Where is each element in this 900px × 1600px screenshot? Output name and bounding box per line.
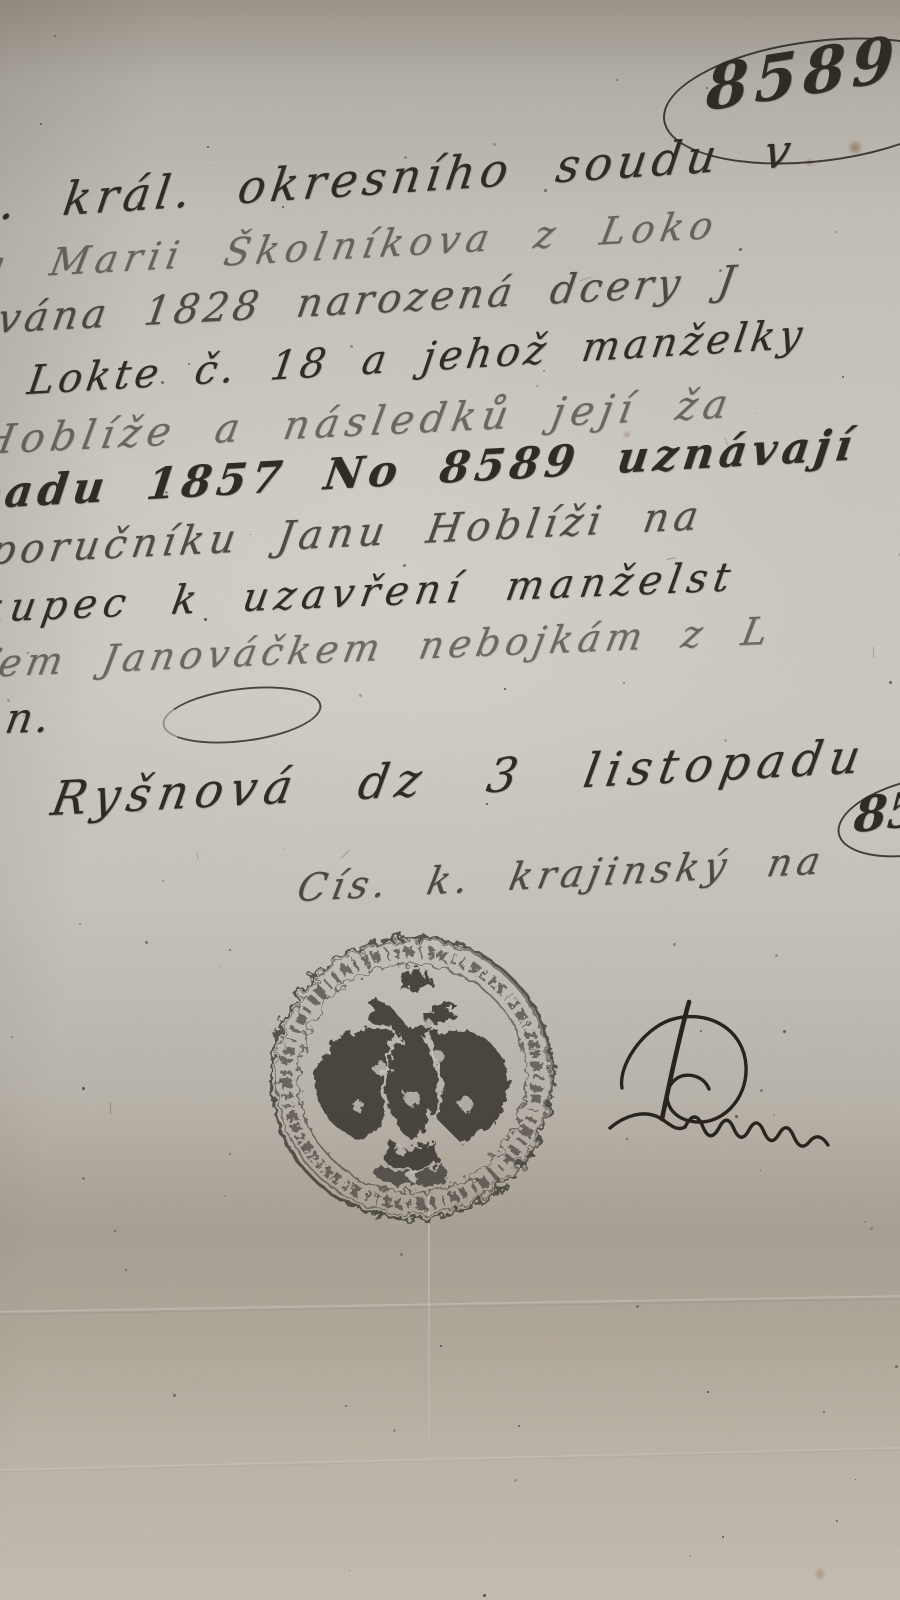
dust-speck [224,1195,226,1197]
paper-fiber [873,647,874,658]
pen-flourish [159,678,324,751]
dust-speck [504,688,506,690]
dust-speck [229,949,231,951]
paper-crease [428,1195,430,1445]
dust-speck [842,376,844,378]
dust-speck [219,966,220,967]
official-seal-stamp [262,928,562,1228]
dust-speck [707,1391,709,1393]
dust-speck [870,1227,873,1230]
dust-speck [145,941,148,944]
dust-speck [229,1153,231,1155]
paper-fiber [110,1102,111,1114]
dust-speck [207,146,209,148]
dust-speck [756,413,757,414]
dust-speck [54,35,56,37]
dust-speck [284,848,285,849]
dust-speck [836,1520,838,1522]
dust-speck [518,1425,520,1427]
dateline: Ryšnová dz 3 listopadu [47,729,871,827]
dust-speck [775,954,778,957]
dust-speck [114,1230,116,1232]
dust-speck [864,1221,866,1223]
dust-speck [11,1036,13,1038]
signature [592,988,852,1173]
paper-fiber [197,852,199,859]
dust-speck [483,1594,486,1597]
dust-speck [440,1345,442,1347]
dust-speck [393,1429,396,1432]
paper-fiber [341,849,350,858]
dust-speck [739,248,742,251]
dust-speck [673,943,676,946]
dust-speck [823,1411,825,1413]
dust-speck [403,564,406,567]
dust-speck [636,1305,639,1308]
dust-speck [855,1479,856,1480]
dust-speck [125,1269,127,1271]
dust-speck [623,682,625,684]
dust-speck [889,681,892,684]
dust-speck [829,1289,830,1290]
dust-speck [689,1555,691,1557]
dust-speck [349,1570,350,1571]
dust-speck [82,1177,85,1180]
dust-speck [82,1087,85,1090]
dust-speck [722,1536,724,1538]
handwriting-line-10: n. [2,692,57,743]
dust-speck [359,694,362,697]
double-eagle-emblem [317,966,508,1186]
stain [812,1568,828,1580]
document-photo: 8589 s. král. okresního soudu v a Marii … [0,0,900,1600]
paper-crease [0,1295,900,1316]
dust-speck [345,1405,347,1407]
dust-speck [162,880,164,882]
dust-speck [79,923,81,925]
dust-speck [536,385,538,387]
dust-speck [40,123,42,125]
paper-crease [0,1446,900,1472]
dust-speck [173,1394,176,1397]
dust-speck [895,1365,898,1368]
dust-speck [400,1253,403,1256]
dateline-year: 85 [852,781,900,845]
dust-speck [616,79,618,81]
dust-speck [835,231,837,233]
dust-speck [514,1479,517,1482]
office-line: Cís. k. krajinský na [294,838,829,910]
